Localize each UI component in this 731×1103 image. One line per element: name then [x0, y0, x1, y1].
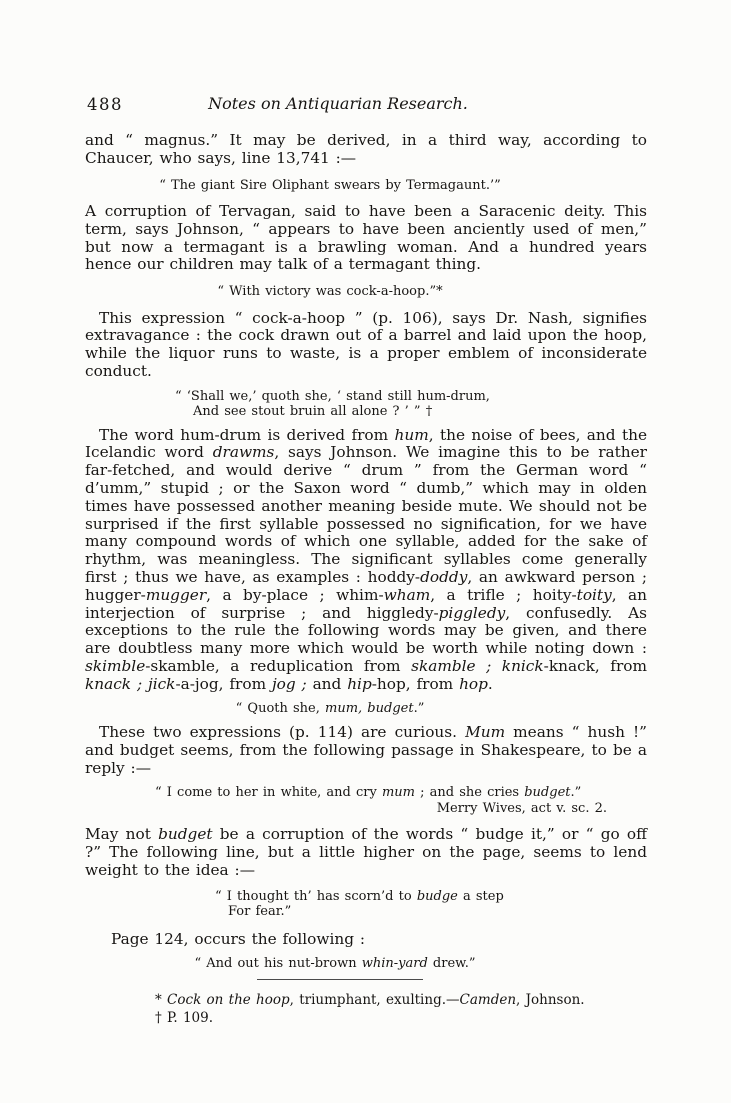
- verse-quote-cock-a-hoop: “ With victory was cock-a-hoop.”*: [49, 284, 611, 299]
- footnote-separator-rule: [257, 979, 423, 980]
- page-header: 488 Notes on Antiquarian Research.: [85, 94, 647, 116]
- verse-line: And see stout bruin all alone ? ’ ” †: [85, 404, 647, 419]
- book-page: 488 Notes on Antiquarian Research. and “…: [0, 0, 731, 1103]
- verse-quote-whin-yard: “ And out his nut-brown whin-yard drew.”: [54, 956, 616, 971]
- footnote-dagger: † P. 109.: [155, 1009, 647, 1027]
- paragraph-magnus: and “ magnus.” It may be derived, in a t…: [85, 132, 647, 168]
- verse-attribution: Merry Wives, act v. sc. 2.: [85, 801, 647, 816]
- verse-quote-mum-budget: “ Quoth she, mum, budget.”: [49, 701, 611, 716]
- verse-line: For fear.”: [85, 904, 647, 919]
- text-column: and “ magnus.” It may be derived, in a t…: [85, 132, 647, 972]
- verse-quote-budge: “ I thought th’ has scorn’d to budge a s…: [85, 889, 647, 920]
- verse-line: “ ‘Shall we,’ quoth she, ‘ stand still h…: [85, 389, 647, 404]
- paragraph-hum-drum-etymology: The word hum-drum is derived from hum, t…: [85, 427, 647, 694]
- footnotes: * Cock on the hoop, triumphant, exulting…: [155, 991, 647, 1027]
- running-title: Notes on Antiquarian Research.: [57, 94, 619, 113]
- verse-quote-shakespeare: “ I come to her in white, and cry mum ; …: [85, 785, 647, 816]
- verse-quote-hum-drum: “ ‘Shall we,’ quoth she, ‘ stand still h…: [85, 389, 647, 420]
- verse-line: “ I come to her in white, and cry mum ; …: [85, 785, 647, 800]
- paragraph-tervagan: A corruption of Tervagan, said to have b…: [85, 203, 647, 274]
- paragraph-two-expressions: These two expressions (p. 114) are curio…: [85, 724, 647, 777]
- footnote-asterisk: * Cock on the hoop, triumphant, exulting…: [155, 991, 647, 1009]
- paragraph-page-124: Page 124, occurs the following :: [85, 931, 647, 949]
- verse-line: “ I thought th’ has scorn’d to budge a s…: [85, 889, 647, 904]
- paragraph-budget: May not budget be a corruption of the wo…: [85, 826, 647, 879]
- verse-quote-oliphant: “ The giant Sire Oliphant swears by Term…: [49, 178, 611, 193]
- paragraph-cock-a-hoop: This expression “ cock-a-hoop ” (p. 106)…: [85, 310, 647, 381]
